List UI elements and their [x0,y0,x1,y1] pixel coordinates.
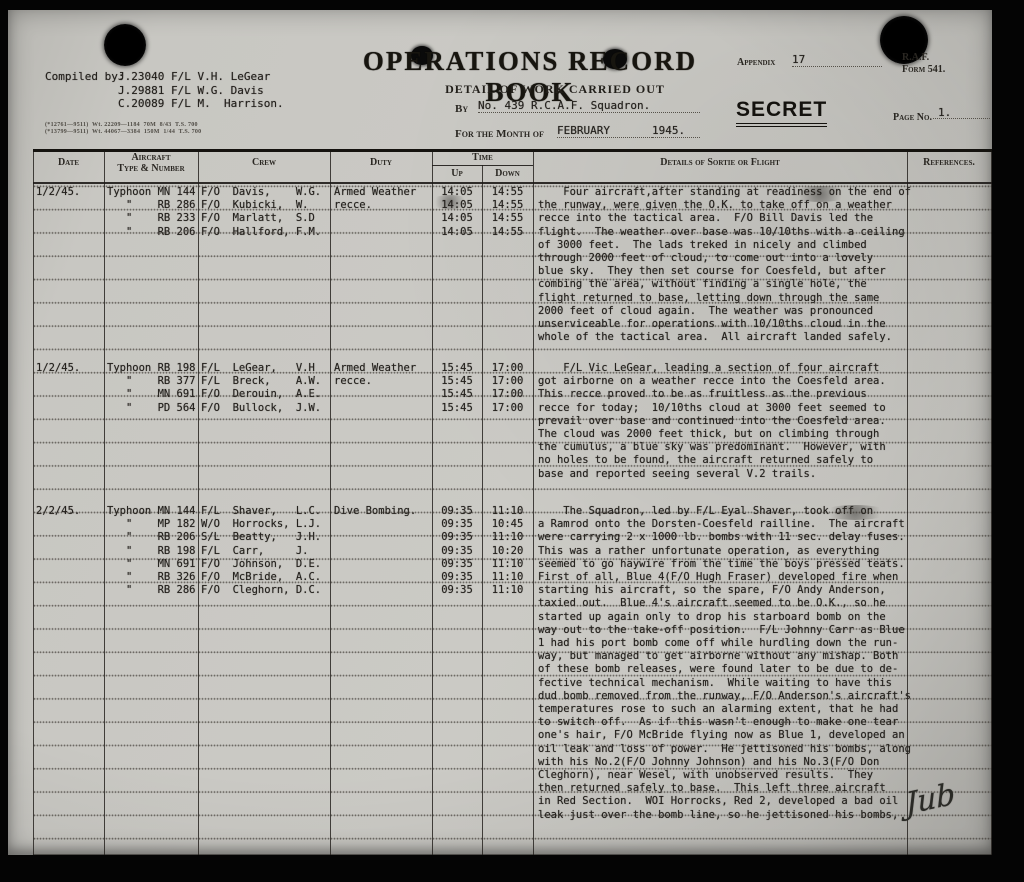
time-up-cell: 14:05 [432,212,482,225]
time-up-cell: 09:35 [432,584,482,597]
table-row: " RB 198 F/L Carr, J. 09:35 10:20 [33,545,992,558]
time-down-cell: 10:20 [482,545,533,558]
time-up-cell: 15:45 [432,388,482,401]
time-down-cell: 11:10 [482,558,533,571]
form-print-note: (*12761—9511) Wt. 22209—1184 70M 8/43 T.… [45,122,201,136]
time-down-cell: 14:55 [482,199,533,212]
time-up-cell: 09:35 [432,558,482,571]
crew-cell: F/L Carr, J. [201,545,308,558]
crew-cell: F/O Kubicki, W. [201,199,308,212]
crew-cell: F/O Derouin, A.E. [201,388,321,401]
secret-stamp: SECRET [736,98,827,127]
crew-cell: F/O Bullock, J.W. [201,402,321,415]
aircraft-cell: " RB 377 [107,375,196,388]
compilers-list: J.23040 F/L V.H. LeGear J.29881 F/L W.G.… [118,70,284,111]
time-up-cell: 14:05 [432,186,482,199]
year-value: 1945. [652,124,700,138]
time-down-cell: 14:55 [482,226,533,239]
table-row: Typhoon MN 144 F/O Davis, W.G. 14:05 14:… [33,186,992,199]
time-down-cell: 14:55 [482,186,533,199]
time-up-cell: 14:05 [432,199,482,212]
time-down-cell: 10:45 [482,518,533,531]
aircraft-cell: " RB 206 [107,226,196,239]
aircraft-cell: Typhoon MN 144 [107,505,196,518]
aircraft-cell: " PD 564 [107,402,196,415]
sortie-entry-2: 1/2/45. Armed Weather recce. F/L Vic LeG… [33,362,992,415]
table-row: " RB 286 F/O Cleghorn, D.C. 09:35 11:10 [33,584,992,597]
aircraft-cell: " RB 286 [107,199,196,212]
form-reference: R.A.F. Form 541. [902,52,945,76]
time-down-cell: 17:00 [482,388,533,401]
time-up-cell: 09:35 [432,545,482,558]
aircraft-cell: " MP 182 [107,518,196,531]
aircraft-cell: " RB 206 [107,531,196,544]
unit-name: No. 439 R.C.A.F. Squadron. [478,99,700,113]
time-down-cell: 11:10 [482,584,533,597]
page-number-rule [933,108,990,119]
col-header-time-up: Up [432,168,482,179]
aircraft-cell: Typhoon MN 144 [107,186,196,199]
col-header-date: Date [33,157,104,168]
appendix-label: Appendix [737,57,775,68]
time-up-cell: 15:45 [432,402,482,415]
crew-cell: F/O Cleghorn, D.C. [201,584,321,597]
time-down-cell: 17:00 [482,402,533,415]
col-header-time-down: Down [482,168,533,179]
sortie-entry-3: 2/2/45. Dive Bombing. The Squadron, led … [33,505,992,597]
aircraft-cell: " MN 691 [107,558,196,571]
aircraft-cell: " RB 286 [107,584,196,597]
crew-cell: F/L Breck, A.W. [201,375,321,388]
col-header-references: References. [907,157,991,168]
time-up-cell: 09:35 [432,571,482,584]
aircraft-cell: " MN 691 [107,388,196,401]
crew-cell: F/L Shaver, L.C. [201,505,321,518]
aircraft-rows: Typhoon MN 144 F/O Davis, W.G. 14:05 14:… [33,186,992,239]
time-down-cell: 17:00 [482,362,533,375]
time-down-cell: 11:10 [482,571,533,584]
time-down-cell: 11:10 [482,531,533,544]
punch-hole-left [104,24,146,66]
aircraft-cell: " RB 326 [107,571,196,584]
crew-cell: S/L Beatty, J.H. [201,531,321,544]
crew-cell: F/O Hallford, F.M. [201,226,321,239]
table-row: Typhoon RB 198 F/L LeGear, V.H 15:45 17:… [33,362,992,375]
crew-cell: F/O Johnson, D.E. [201,558,321,571]
table-row: " RB 286 F/O Kubicki, W. 14:05 14:55 [33,199,992,212]
appendix-value: 17 [792,53,882,67]
crew-cell: F/L LeGear, V.H [201,362,315,375]
time-up-cell: 15:45 [432,375,482,388]
page-number-label: Page No. [893,112,932,123]
time-up-cell: 09:35 [432,505,482,518]
month-value: FEBRUARY [557,124,652,138]
table-row: " RB 377 F/L Breck, A.W. 15:45 17:00 [33,375,992,388]
time-up-cell: 09:35 [432,518,482,531]
col-header-crew: Crew [198,157,330,168]
time-down-cell: 11:10 [482,505,533,518]
crew-cell: F/O Marlatt, S.D [201,212,315,225]
time-up-cell: 09:35 [432,531,482,544]
page-subtitle: DETAIL OF WORK CARRIED OUT [405,82,705,97]
table-row: " MP 182 W/O Horrocks, L.J. 09:35 10:45 [33,518,992,531]
scanned-document-photo: Compiled by: J.23040 F/L V.H. LeGear J.2… [0,0,1024,882]
aircraft-cell: " RB 233 [107,212,196,225]
time-up-cell: 14:05 [432,226,482,239]
aircraft-rows: Typhoon RB 198 F/L LeGear, V.H 15:45 17:… [33,362,992,415]
crew-cell: W/O Horrocks, L.J. [201,518,321,531]
time-down-cell: 17:00 [482,375,533,388]
compiled-by-label: Compiled by: [45,70,124,83]
crew-cell: F/O McBride, A.C. [201,571,321,584]
sortie-entry-1: 1/2/45. Armed Weather recce. Four aircra… [33,186,992,239]
table-row: " MN 691 F/O Derouin, A.E. 15:45 17:00 [33,388,992,401]
table-row: " RB 326 F/O McBride, A.C. 09:35 11:10 [33,571,992,584]
month-label: For the Month of [455,128,544,140]
aircraft-rows: Typhoon MN 144 F/L Shaver, L.C. 09:35 11… [33,505,992,597]
aircraft-cell: " RB 198 [107,545,196,558]
table-row: " RB 233 F/O Marlatt, S.D 14:05 14:55 [33,212,992,225]
table-row: " RB 206 S/L Beatty, J.H. 09:35 11:10 [33,531,992,544]
table-row: " MN 691 F/O Johnson, D.E. 09:35 11:10 [33,558,992,571]
aircraft-cell: Typhoon RB 198 [107,362,196,375]
table-row: Typhoon MN 144 F/L Shaver, L.C. 09:35 11… [33,505,992,518]
col-header-time: Time [432,152,533,163]
by-label: By [455,103,468,115]
time-up-cell: 15:45 [432,362,482,375]
table-row: " PD 564 F/O Bullock, J.W. 15:45 17:00 [33,402,992,415]
col-header-aircraft: Aircraft Type & Number [104,152,198,174]
table-row: " RB 206 F/O Hallford, F.M. 14:05 14:55 [33,226,992,239]
col-header-details: Details of Sortie or Flight [533,157,907,168]
time-down-cell: 14:55 [482,212,533,225]
crew-cell: F/O Davis, W.G. [201,186,321,199]
col-header-duty: Duty [330,157,432,168]
